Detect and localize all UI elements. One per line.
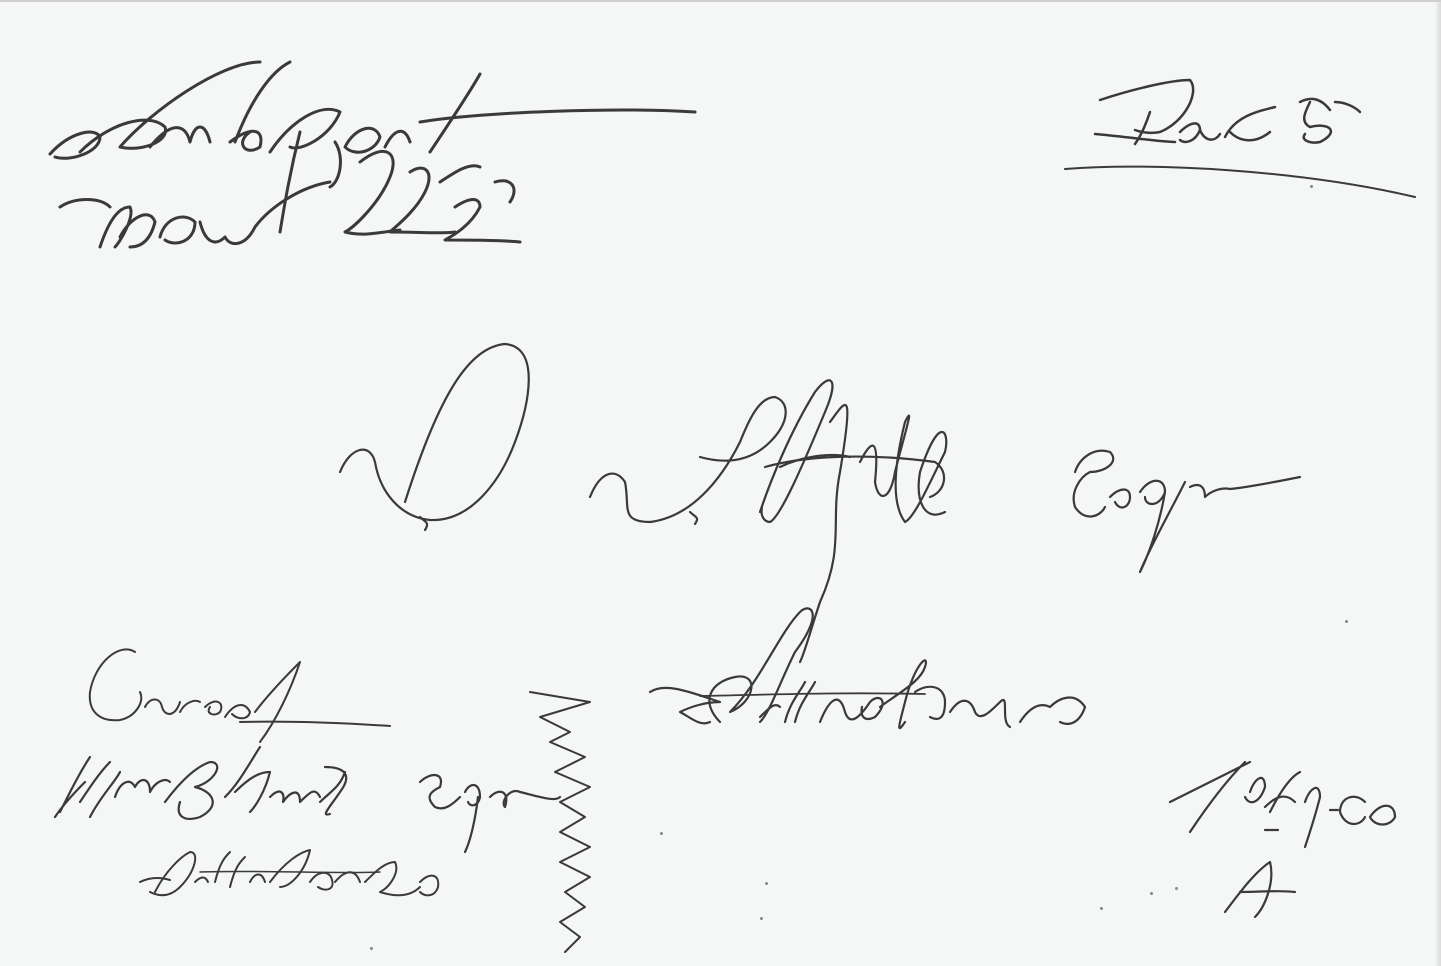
care-of-name: Wm B Mait Esqr — [50, 762, 452, 818]
scan-speck — [1100, 907, 1103, 910]
care-of-label: Care of — [85, 662, 249, 713]
postmark-date: Nov 22 — [95, 187, 269, 243]
envelope-sheet: Arkport Nov 22 Paid 5 S. L. Hesh Esqr Li… — [0, 0, 1441, 966]
scan-speck — [1175, 887, 1178, 890]
postmark-town: Arkport — [50, 97, 270, 162]
scan-speck — [765, 882, 768, 885]
scan-speck — [370, 947, 373, 950]
bracket-squiggle-strokes — [530, 692, 590, 952]
scan-speck — [660, 832, 663, 835]
destination-mark: A — [1225, 862, 1257, 913]
destination-state: Pk Ky. Co — [1170, 772, 1377, 823]
rate-marking: Paid 5 — [1100, 87, 1238, 138]
scan-speck — [1150, 892, 1153, 895]
care-of-town: Little Rock — [140, 852, 362, 898]
addressee-name: S. L. Hesh Esqr — [340, 422, 892, 504]
scan-speck — [1310, 185, 1313, 188]
scan-speck — [1345, 620, 1348, 623]
scan-speck — [760, 917, 763, 920]
addressee-town: Little Rock — [650, 662, 960, 727]
